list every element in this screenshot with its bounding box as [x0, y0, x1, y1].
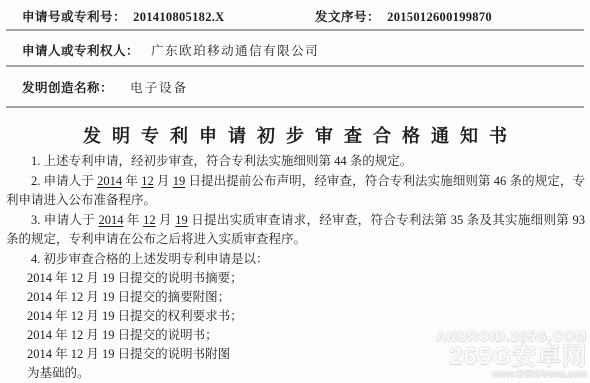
- application-number-field: 申请号或专利号： 201410805182.X: [22, 10, 225, 24]
- watermark-265g-logo: ANDROID.265G.COM 265G安卓网 www.GSMArena.co…: [436, 330, 587, 380]
- text-segment: 4. 初步审查合格的上述发明专利申请是以：: [31, 252, 269, 266]
- notice-title: 发明专利申请初步审查合格通知书: [0, 125, 590, 147]
- patent-notice-document: 申请号或专利号： 201410805182.X 发文序号： 2015012600…: [0, 0, 590, 383]
- application-number-value: 201410805182.X: [133, 10, 224, 24]
- underlined-date-value: 12: [141, 174, 154, 188]
- header-row-application: 申请号或专利号： 201410805182.X 发文序号： 2015012600…: [22, 9, 582, 25]
- paragraph-early-publication: 2. 申请人于 2014 年 12 月 19 日提出提前公布声明，经审查，符合专…: [6, 172, 585, 211]
- invention-name-value: 电子设备: [130, 81, 188, 95]
- underlined-date-value: 2014: [98, 213, 123, 227]
- basis-item-abstract-figure: 2014 年 12 月 19 日提交的摘要附图；: [6, 288, 585, 307]
- header-row-applicant: 申请人或专利权人： 广东欧珀移动通信有限公司: [22, 43, 582, 59]
- text-segment: 3. 申请人于: [31, 213, 98, 227]
- paragraph-substantive-exam: 3. 申请人于 2014 年 12 月 19 日提出实质审查请求，经审查，符合专…: [6, 211, 585, 250]
- issue-number-label: 发文序号：: [315, 10, 380, 24]
- underlined-date-value: 19: [175, 213, 188, 227]
- text-segment: 年: [122, 174, 141, 188]
- basis-item-claims: 2014 年 12 月 19 日提交的权利要求书；: [6, 307, 585, 326]
- watermark-gsmarena-url: www.GSMArena.com: [436, 370, 587, 381]
- underlined-date-value: 2014: [97, 174, 122, 188]
- text-segment: 年: [123, 213, 143, 227]
- watermark-265g-anzhuo-text: 265G安卓网: [436, 344, 587, 369]
- underlined-date-value: 19: [173, 174, 186, 188]
- text-segment: 1. 上述专利申请，经初步审查，符合专利法实施细则第 44 条的规定。: [31, 154, 412, 168]
- text-segment: 月: [154, 174, 173, 188]
- text-segment: 2. 申请人于: [31, 174, 97, 188]
- divider-line: [6, 65, 584, 67]
- application-number-label: 申请号或专利号：: [22, 10, 126, 24]
- issue-number-field: 发文序号： 2015012600199870: [315, 9, 492, 25]
- divider-line: [6, 29, 584, 31]
- paragraph-basis-intro: 4. 初步审查合格的上述发明专利申请是以：: [6, 250, 585, 270]
- text-segment: 月: [156, 213, 176, 227]
- paragraph-preliminary-exam: 1. 上述专利申请，经初步审查，符合专利法实施细则第 44 条的规定。: [6, 152, 585, 172]
- invention-name-label: 发明创造名称：: [22, 81, 113, 95]
- divider-line: [6, 106, 584, 108]
- applicant-label: 申请人或专利权人：: [22, 44, 139, 58]
- header-row-invention-name: 发明创造名称： 电子设备: [22, 80, 582, 96]
- applicant-value: 广东欧珀移动通信有限公司: [151, 44, 319, 58]
- issue-number-value: 2015012600199870: [387, 10, 492, 24]
- underlined-date-value: 12: [143, 213, 156, 227]
- basis-item-abstract: 2014 年 12 月 19 日提交的说明书摘要；: [6, 269, 585, 288]
